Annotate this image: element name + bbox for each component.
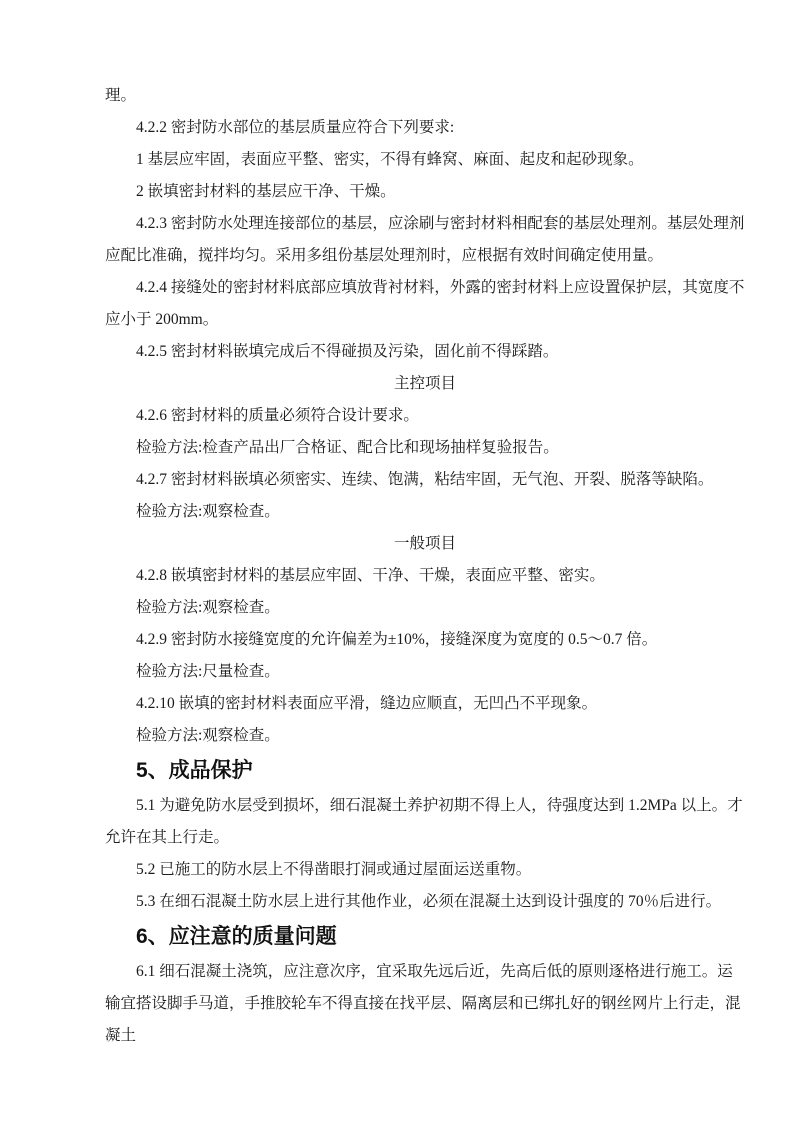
- paragraph: 5.1 为避免防水层受到损坏，细石混凝土养护初期不得上人，待强度达到 1.2MP…: [105, 790, 745, 854]
- paragraph: 检验方法:尺量检查。: [105, 656, 745, 688]
- centered-subheading: 主控项目: [105, 368, 745, 400]
- paragraph: 2 嵌填密封材料的基层应干净、干燥。: [105, 176, 745, 208]
- paragraph: 检验方法:检查产品出厂合格证、配合比和现场抽样复验报告。: [105, 432, 745, 464]
- section-heading: 5、成品保护: [105, 753, 745, 789]
- paragraph: 1 基层应牢固，表面应平整、密实，不得有蜂窝、麻面、起皮和起砂现象。: [105, 144, 745, 176]
- paragraph: 4.2.8 嵌填密封材料的基层应牢固、干净、干燥，表面应平整、密实。: [105, 560, 745, 592]
- paragraph: 4.2.10 嵌填的密封材料表面应平滑，缝边应顺直，无凹凸不平现象。: [105, 688, 745, 720]
- paragraph: 4.2.4 接缝处的密封材料底部应填放背衬材料，外露的密封材料上应设置保护层，其…: [105, 272, 745, 336]
- paragraph: 4.2.5 密封材料嵌填完成后不得碰损及污染，固化前不得踩踏。: [105, 336, 745, 368]
- section-heading: 6、应注意的质量问题: [105, 919, 745, 955]
- paragraph: 4.2.3 密封防水处理连接部位的基层，应涂刷与密封材料相配套的基层处理剂。基层…: [105, 208, 745, 272]
- paragraph-continuation: 理。: [105, 80, 745, 112]
- document-body: 理。4.2.2 密封防水部位的基层质量应符合下列要求:1 基层应牢固，表面应平整…: [0, 0, 793, 1122]
- paragraph: 检验方法:观察检查。: [105, 592, 745, 624]
- paragraph: 4.2.7 密封材料嵌填必须密实、连续、饱满，粘结牢固，无气泡、开裂、脱落等缺陷…: [105, 464, 745, 496]
- paragraph: 4.2.6 密封材料的质量必须符合设计要求。: [105, 400, 745, 432]
- paragraph: 6.1 细石混凝土浇筑，应注意次序，宜采取先远后近，先高后低的原则逐格进行施工。…: [105, 956, 745, 1052]
- paragraph: 5.3 在细石混凝土防水层上进行其他作业，必须在混凝土达到设计强度的 70％后进…: [105, 886, 745, 918]
- centered-subheading: 一般项目: [105, 528, 745, 560]
- paragraph: 4.2.9 密封防水接缝宽度的允许偏差为±10%，接缝深度为宽度的 0.5～0.…: [105, 624, 745, 656]
- paragraph: 4.2.2 密封防水部位的基层质量应符合下列要求:: [105, 112, 745, 144]
- paragraph: 5.2 已施工的防水层上不得凿眼打洞或通过屋面运送重物。: [105, 854, 745, 886]
- document-page: 理。4.2.2 密封防水部位的基层质量应符合下列要求:1 基层应牢固，表面应平整…: [0, 0, 793, 1122]
- paragraph: 检验方法:观察检查。: [105, 720, 745, 752]
- paragraph: 检验方法:观察检查。: [105, 496, 745, 528]
